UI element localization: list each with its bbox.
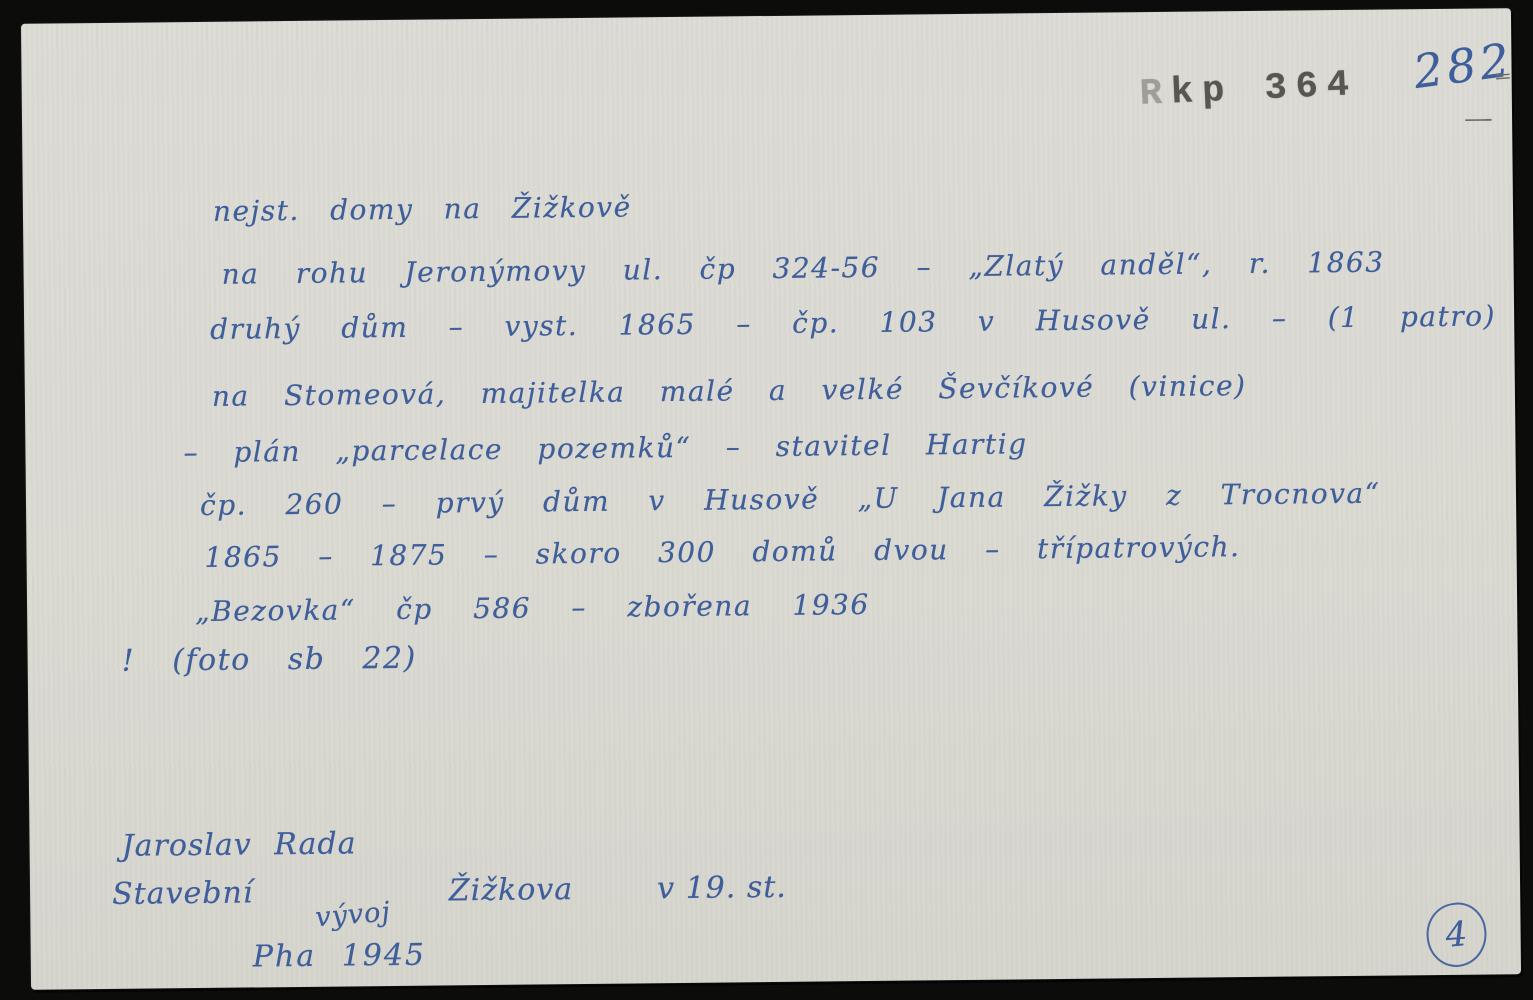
source-citation: Jaroslav Rada StavebnívývojŽižkovav 19. … <box>21 8 1511 24</box>
source-place-year: Pha 1945 <box>253 938 427 975</box>
source-title-word: v 19. st. <box>657 870 787 906</box>
source-title-word: vývoj <box>315 896 393 933</box>
note-line: na rohu Jeronýmovy ul. čp 324-56 – „Zlat… <box>221 246 1384 291</box>
stamp-text: kp 364 <box>1170 64 1359 114</box>
source-author: Jaroslav Rada <box>121 826 356 863</box>
note-line: na Stomeová, majitelka malé a velké Ševč… <box>212 369 1247 413</box>
handwritten-note: nejst. domy na Žižkově na rohu Jeronýmov… <box>21 8 1511 24</box>
source-title-word: Žižkova <box>449 872 574 908</box>
note-line: čp. 260 – prvý dům v Husově „U Jana Žižk… <box>200 477 1381 522</box>
circled-page-number: 4 <box>1422 899 1491 971</box>
circled-page-number-value: 4 <box>1444 914 1469 956</box>
scanned-document: { "canvas": { "background_color": "#0c0c… <box>0 0 1533 1000</box>
stamp-faded-letter: R <box>1139 73 1172 116</box>
archive-stamp: Rkp 364 <box>1139 64 1359 116</box>
source-title-word: Stavební <box>112 875 254 911</box>
pencil-mark-dash: —- <box>1464 104 1489 132</box>
note-line: – plán „parcelace pozemků“ – stavitel Ha… <box>183 427 1027 469</box>
note-line: druhý dům – vyst. 1865 – čp. 103 v Husov… <box>210 299 1496 345</box>
source-title: StavebnívývojŽižkovav 19. st. <box>112 870 787 912</box>
index-card: Rkp 364 282 = —- nejst. domy na Žižkově … <box>21 8 1521 990</box>
note-line: ! (foto sb 22) <box>121 641 416 679</box>
pencil-mark-equals: = <box>1493 66 1513 87</box>
page-number-top: 282 <box>1410 32 1516 99</box>
note-line: nejst. domy na Žižkově <box>213 190 632 227</box>
note-line: 1865 – 1875 – skoro 300 domů dvou – tříp… <box>204 530 1240 574</box>
note-line: „Bezovka“ čp 586 – zbořena 1936 <box>195 588 870 628</box>
